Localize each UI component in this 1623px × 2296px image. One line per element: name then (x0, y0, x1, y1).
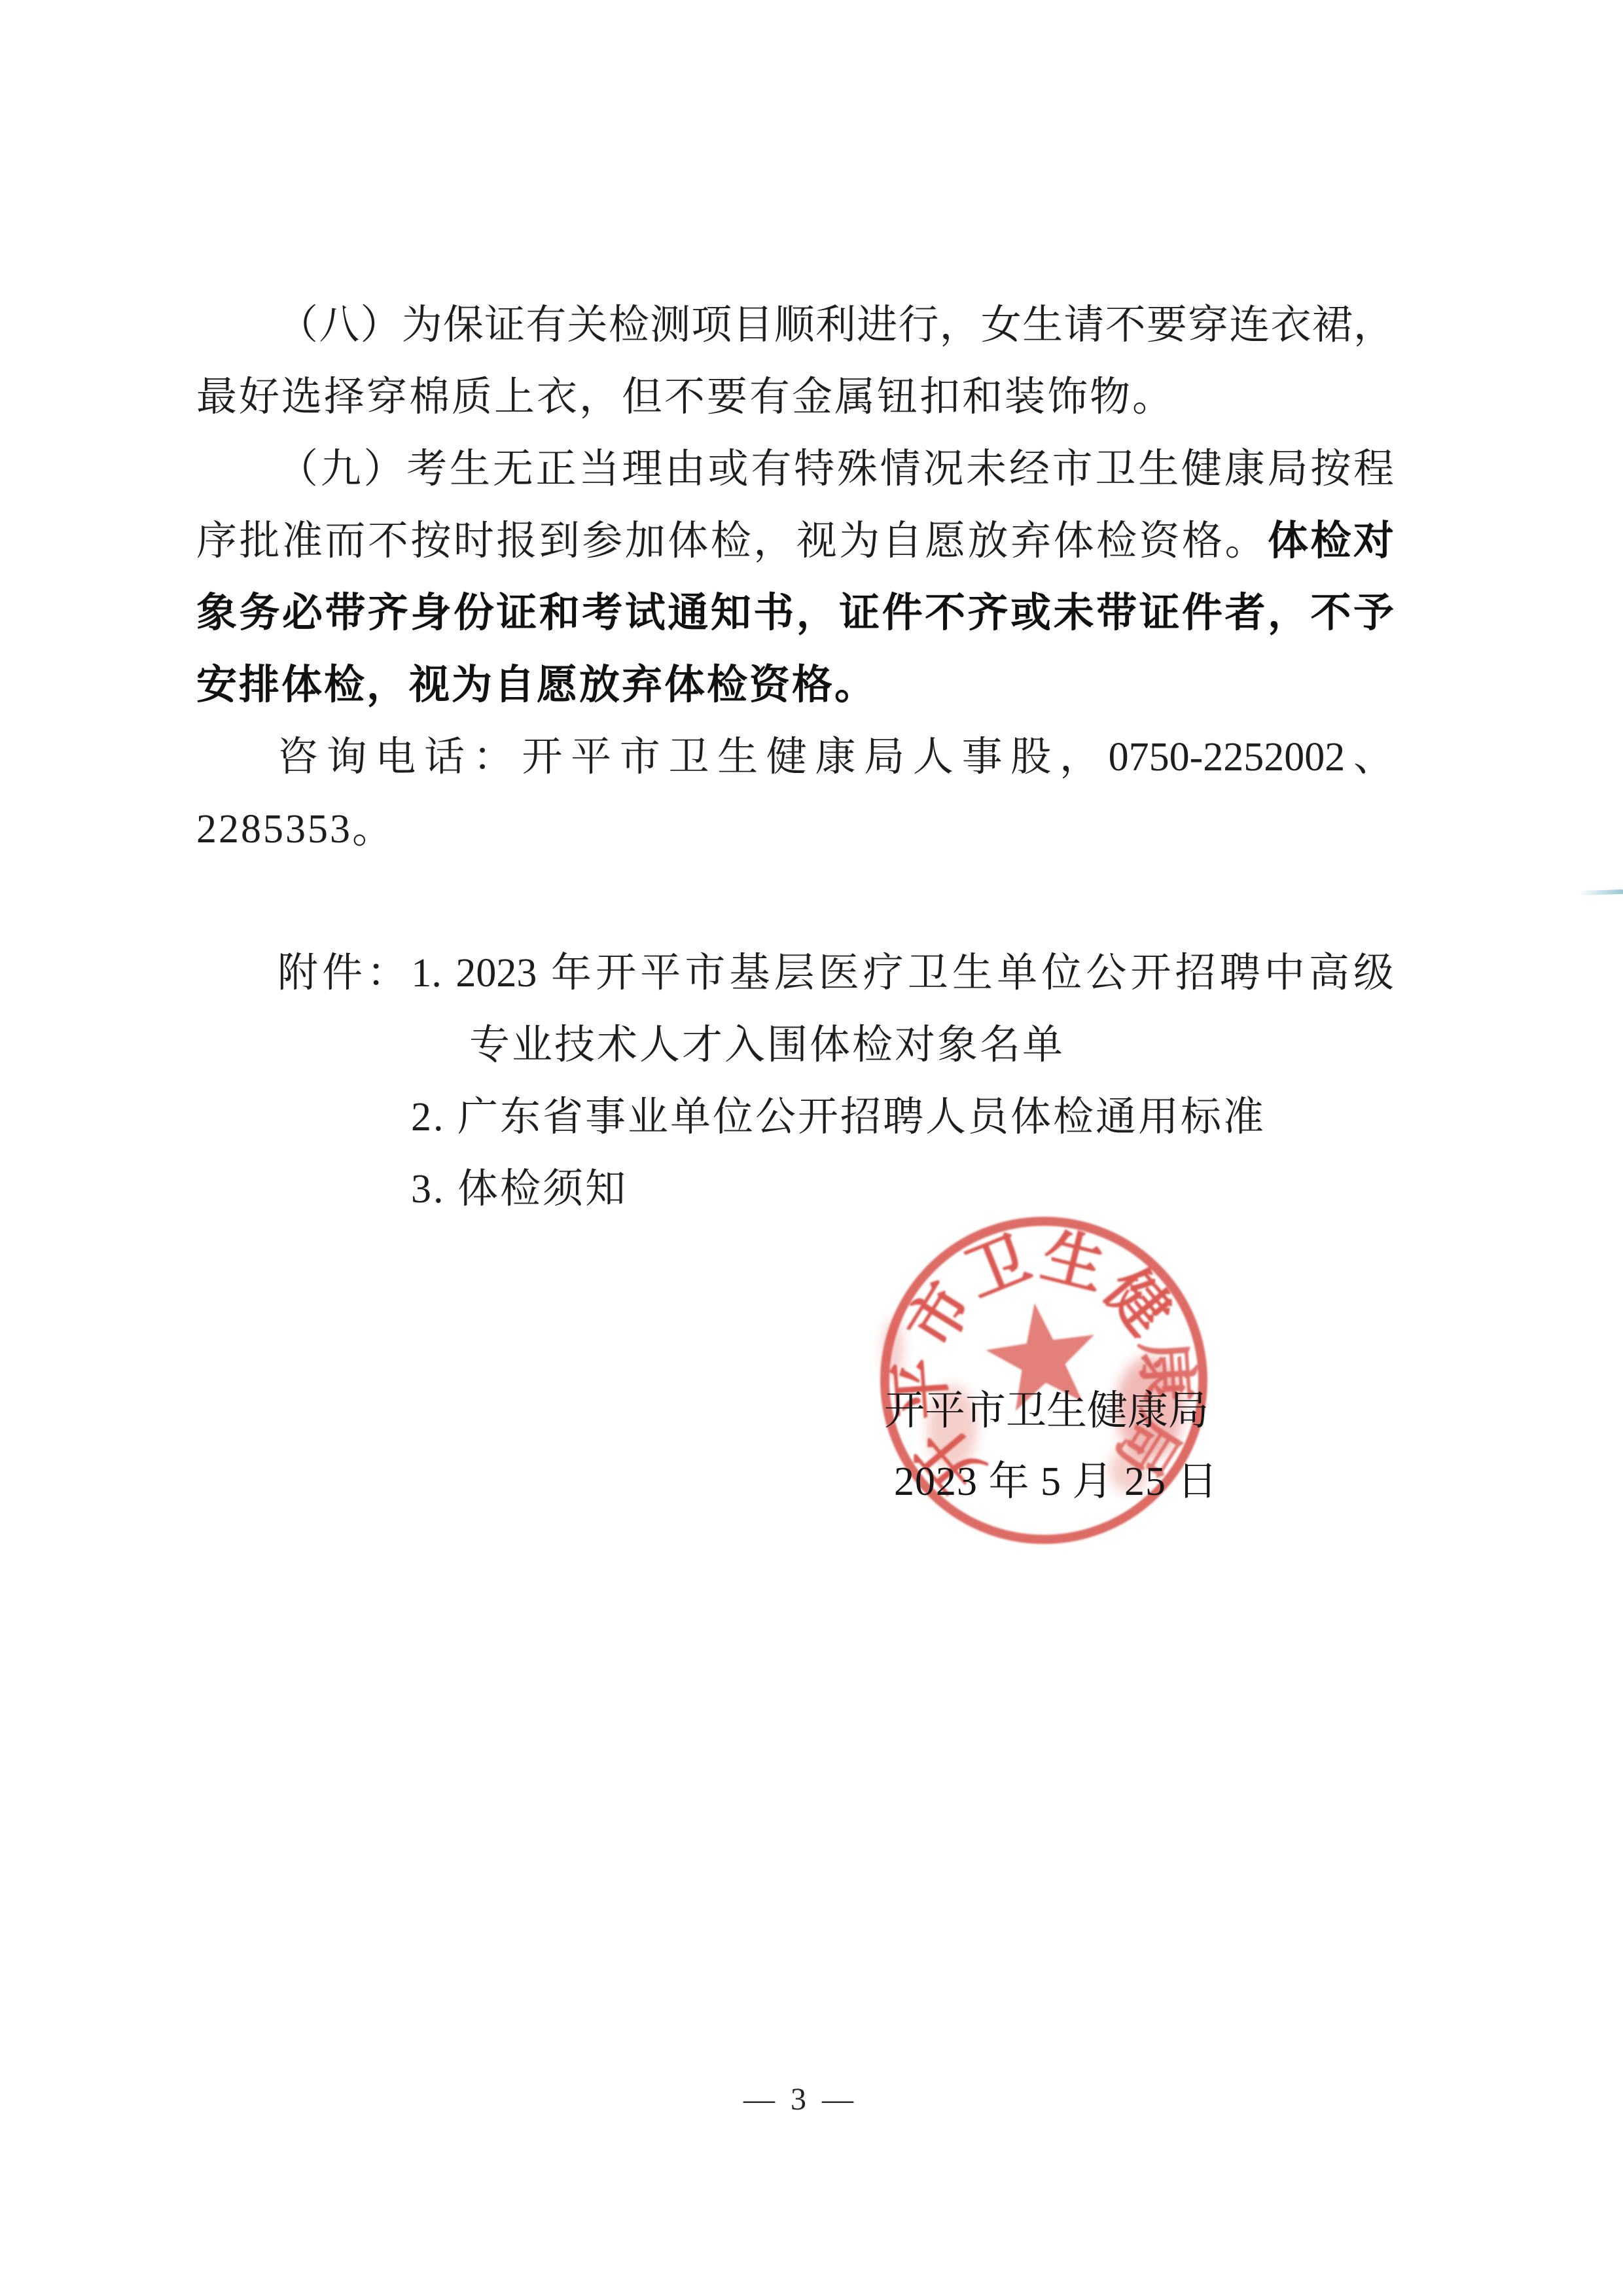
scan-artifact-mark (1580, 889, 1623, 895)
paragraph-line: （九）考生无正当理由或有特殊情况未经市卫生健康局按程 (196, 433, 1394, 505)
attachment-list-line2: 专业技术人才入围体检对象名单 (196, 1009, 1394, 1081)
paragraph-line-bold: 安排体检，视为自愿放弃体检资格。 (196, 649, 1394, 721)
blank-line (196, 865, 1394, 937)
signature-date: 2023 年 5 月 25 日 (894, 1460, 1219, 1504)
seal-char: 市 (895, 1272, 986, 1360)
seal-char: 生 (1035, 1222, 1111, 1303)
seal-char: 健 (1091, 1257, 1183, 1348)
contact-phone-line2: 2285353。 (196, 793, 1394, 865)
seal-char: 卫 (957, 1225, 1039, 1311)
attachment-list-line3: 2. 广东省事业单位公开招聘人员体检通用标准 (196, 1081, 1394, 1153)
body-text-block: （八）为保证有关检测项目顺利进行，女生请不要穿连衣裙， 最好选择穿棉质上衣，但不… (196, 289, 1394, 1225)
page-number: — 3 — (719, 2081, 882, 2117)
paragraph-line-bold: 象务必带齐身份证和考试通知书，证件不齐或未带证件者，不予 (196, 577, 1394, 649)
paragraph-line: （八）为保证有关检测项目顺利进行，女生请不要穿连衣裙， (196, 289, 1394, 361)
paragraph-line: 最好选择穿棉质上衣，但不要有金属钮扣和装饰物。 (196, 361, 1394, 433)
document-page: { "document": { "body_lines": { "l1": {"… (0, 0, 1623, 2296)
attachment-list-line4: 3. 体检须知 (196, 1153, 1394, 1225)
paragraph-line-mixed: 序批准而不按时报到参加体检，视为自愿放弃体检资格。体检对 (196, 505, 1394, 577)
paragraph-segment-bold: 体检对 (1268, 519, 1394, 564)
contact-phone-line: 咨询电话：开平市卫生健康局人事股，0750-2252002、 (196, 721, 1394, 793)
paragraph-segment: 序批准而不按时报到参加体检，视为自愿放弃体检资格。 (196, 519, 1268, 564)
attachment-list-line1: 附件：1. 2023 年开平市基层医疗卫生单位公开招聘中高级 (196, 937, 1394, 1009)
signature-agency-name: 开平市卫生健康局 (884, 1389, 1209, 1433)
